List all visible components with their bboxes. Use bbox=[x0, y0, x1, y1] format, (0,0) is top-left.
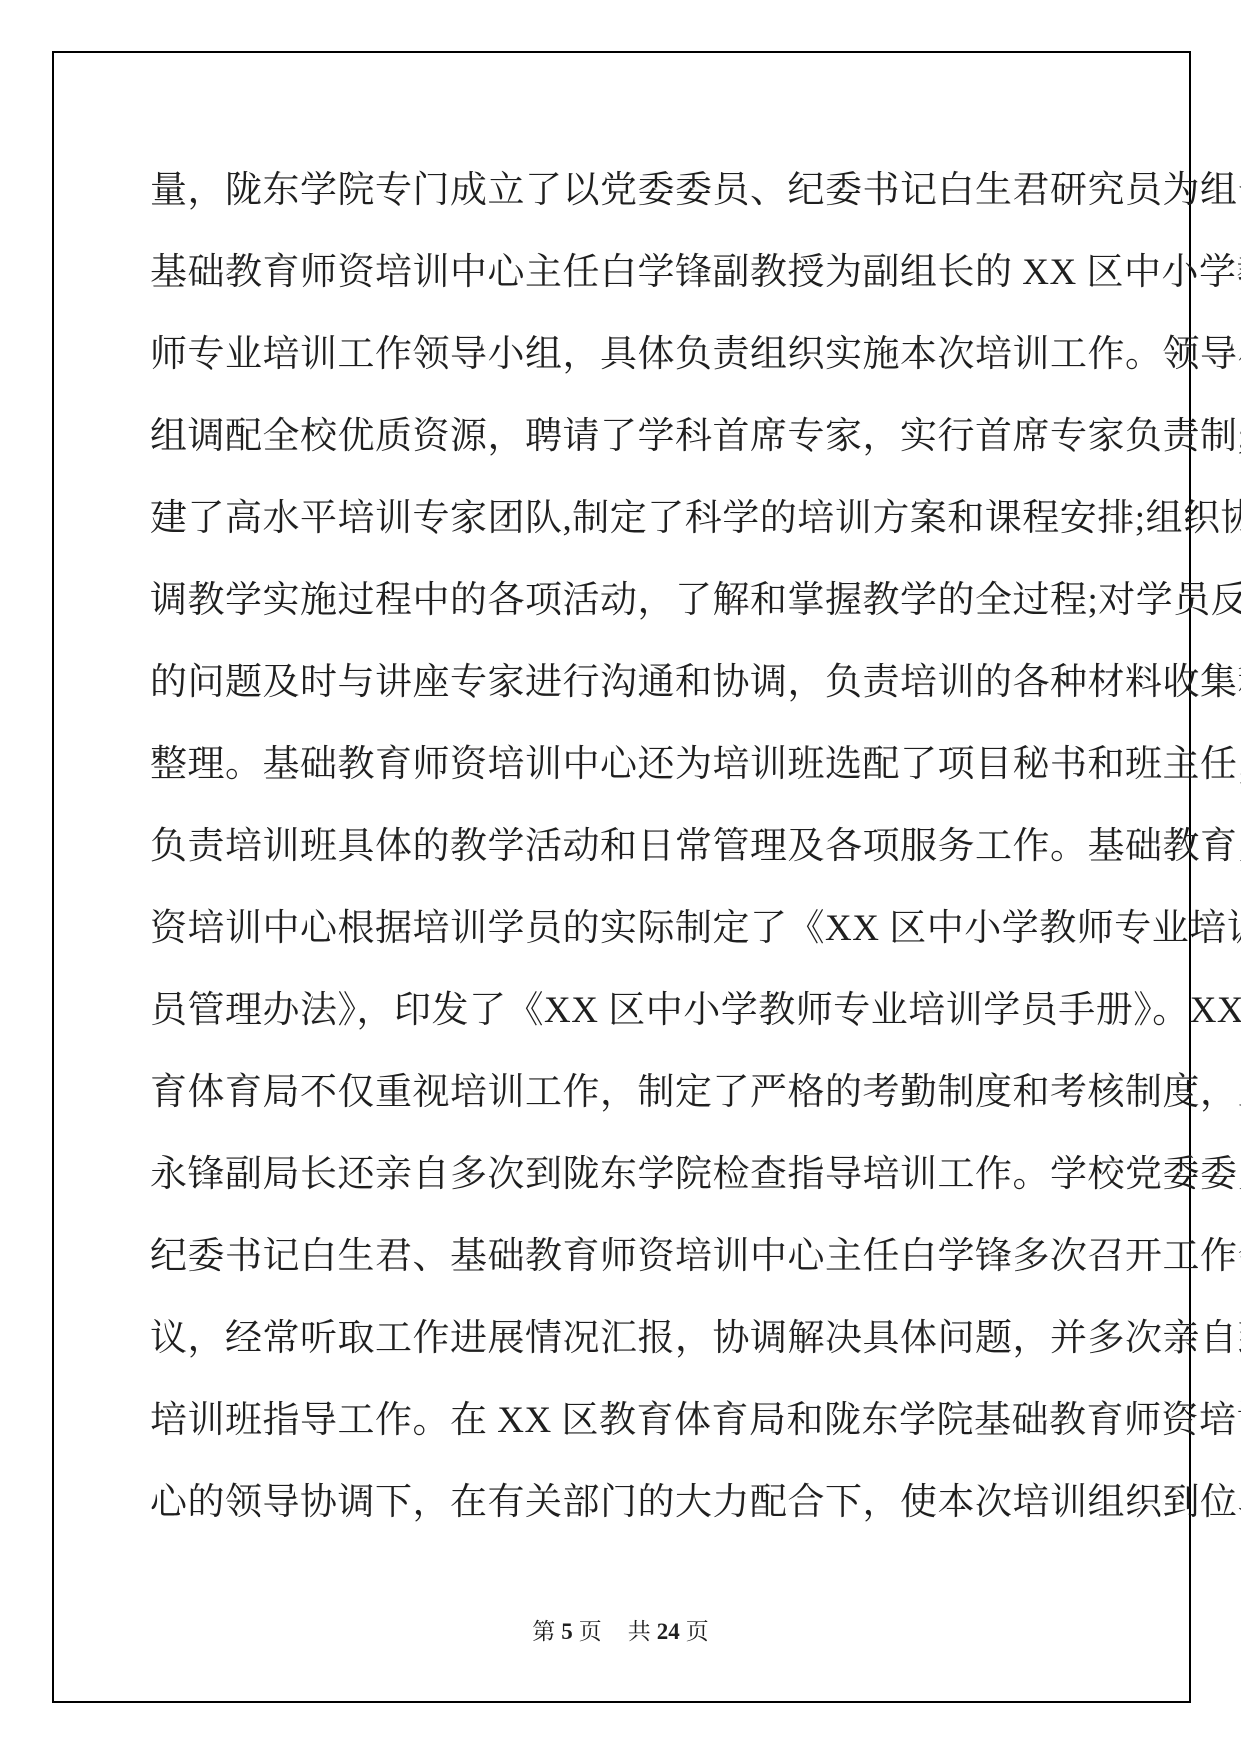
current-page-indicator: 第5页 bbox=[532, 1616, 602, 1648]
text-line: 议，经常听取工作进展情况汇报，协调解决具体问题，并多次亲自到 bbox=[150, 1298, 1096, 1380]
text-line: 组调配全校优质资源，聘请了学科首席专家，实行首席专家负责制;组 bbox=[150, 396, 1096, 478]
text-line: 育体育局不仅重视培训工作，制定了严格的考勤制度和考核制度，王 bbox=[150, 1052, 1096, 1134]
text-line: 量，陇东学院专门成立了以党委委员、纪委书记白生君研究员为组长、 bbox=[150, 150, 1096, 232]
body-text-block: 量，陇东学院专门成立了以党委委员、纪委书记白生君研究员为组长、基础教育师资培训中… bbox=[150, 150, 1096, 1544]
text-line: 资培训中心根据培训学员的实际制定了《XX 区中小学教师专业培训学 bbox=[150, 888, 1096, 970]
text-line: 永锋副局长还亲自多次到陇东学院检查指导培训工作。学校党委委员、 bbox=[150, 1134, 1096, 1216]
page-prefix-label: 第 bbox=[532, 1619, 555, 1644]
text-line: 的问题及时与讲座专家进行沟通和协调，负责培训的各种材料收集和 bbox=[150, 642, 1096, 724]
text-line: 师专业培训工作领导小组，具体负责组织实施本次培训工作。领导小 bbox=[150, 314, 1096, 396]
page-footer: 第5页共24页 bbox=[0, 1616, 1241, 1648]
text-line: 心的领导协调下，在有关部门的大力配合下，使本次培训组织到位、 bbox=[150, 1462, 1096, 1544]
total-pages-indicator: 共24页 bbox=[628, 1616, 709, 1648]
total-prefix-label: 共 bbox=[628, 1619, 651, 1644]
text-line: 纪委书记白生君、基础教育师资培训中心主任白学锋多次召开工作会 bbox=[150, 1216, 1096, 1298]
page-suffix-label: 页 bbox=[579, 1619, 602, 1644]
text-line: 负责培训班具体的教学活动和日常管理及各项服务工作。基础教育师 bbox=[150, 806, 1096, 888]
text-line: 调教学实施过程中的各项活动，了解和掌握教学的全过程;对学员反映 bbox=[150, 560, 1096, 642]
total-suffix-label: 页 bbox=[686, 1619, 709, 1644]
document-page: 量，陇东学院专门成立了以党委委员、纪委书记白生君研究员为组长、基础教育师资培训中… bbox=[0, 0, 1241, 1754]
total-pages-number: 24 bbox=[657, 1619, 680, 1644]
text-line: 基础教育师资培训中心主任白学锋副教授为副组长的 XX 区中小学教 bbox=[150, 232, 1096, 314]
text-line: 整理。基础教育师资培训中心还为培训班选配了项目秘书和班主任， bbox=[150, 724, 1096, 806]
text-line: 员管理办法》，印发了《XX 区中小学教师专业培训学员手册》。XX 区教 bbox=[150, 970, 1096, 1052]
page-number: 5 bbox=[561, 1619, 573, 1644]
text-line: 培训班指导工作。在 XX 区教育体育局和陇东学院基础教育师资培训中 bbox=[150, 1380, 1096, 1462]
text-line: 建了高水平培训专家团队,制定了科学的培训方案和课程安排;组织协 bbox=[150, 478, 1096, 560]
